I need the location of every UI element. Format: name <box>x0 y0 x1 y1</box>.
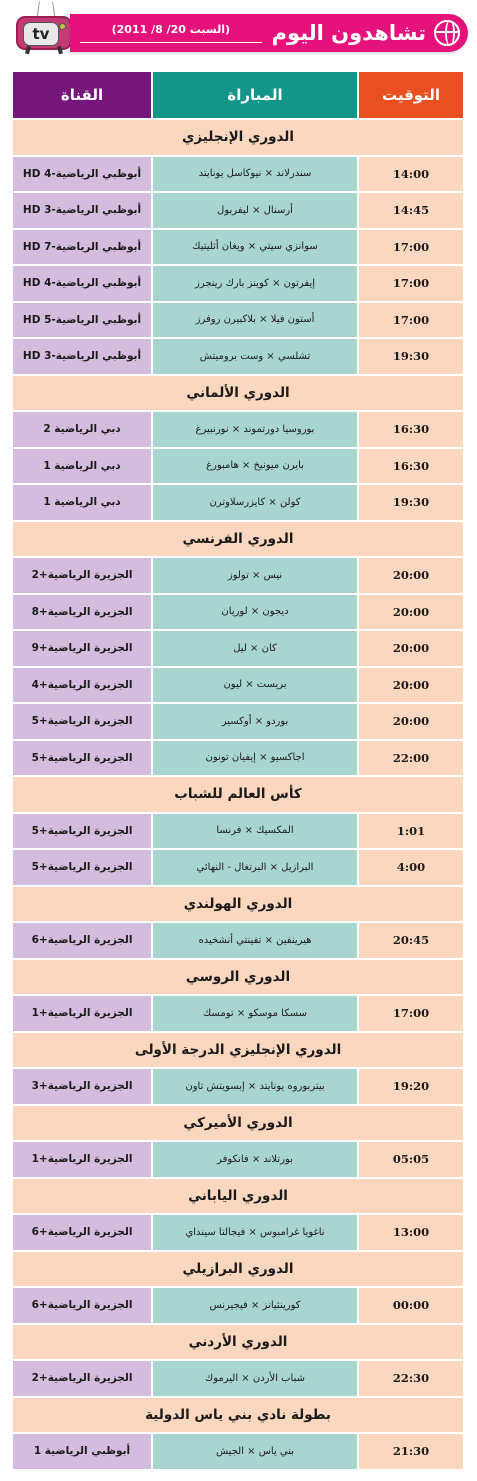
time-cell: 4:00 <box>359 850 463 885</box>
page-title: تشاهدون اليوم <box>272 21 426 45</box>
time-cell: 17:00 <box>359 230 463 265</box>
match-cell: سوانزي سيتي × ويغان أثليتيك <box>153 230 357 265</box>
match-cell: بوردو × أوكسير <box>153 704 357 739</box>
league-section-title: الدوري الأردني <box>13 1325 463 1360</box>
match-cell: سندرلاند × نيوكاسل يونايتد <box>153 157 357 192</box>
match-cell: إيفرتون × كوينز بارك رينجرز <box>153 266 357 301</box>
match-cell: بورتلاند × فانكوفر <box>153 1142 357 1177</box>
header-banner: تشاهدون اليوم (السبت 20/ 8/ 2011) <box>70 14 468 52</box>
table-row: 17:00أستون فيلا × بلاكبيرن روفرزأبوظبي ا… <box>13 303 463 338</box>
time-cell: 20:00 <box>359 668 463 703</box>
time-cell: 19:30 <box>359 485 463 520</box>
table-row: 21:30بني ياس × الجيشأبوظبي الرياضية 1 <box>13 1434 463 1469</box>
globe-icon <box>434 20 460 46</box>
channel-cell: الجزيرة الرياضية+4 <box>13 668 151 703</box>
column-header-time: التوقيت <box>359 72 463 118</box>
table-row: 05:05بورتلاند × فانكوفرالجزيرة الرياضية+… <box>13 1142 463 1177</box>
date-line: (السبت 20/ 8/ 2011) <box>80 23 262 43</box>
channel-cell: الجزيرة الرياضية+2 <box>13 1361 151 1396</box>
match-cell: اجاكسيو × إيفيان تونون <box>153 741 357 776</box>
time-cell: 21:30 <box>359 1434 463 1469</box>
table-row: 17:00إيفرتون × كوينز بارك رينجرزأبوظبي ا… <box>13 266 463 301</box>
time-cell: 1:01 <box>359 814 463 849</box>
league-section-title: الدوري البرازيلي <box>13 1252 463 1287</box>
table-row: 14:45أرسنال × ليفربولأبوظبي الرياضية-3 H… <box>13 193 463 228</box>
column-header-channel: القناة <box>13 72 151 118</box>
time-cell: 20:45 <box>359 923 463 958</box>
channel-cell: الجزيرة الرياضية+5 <box>13 741 151 776</box>
tv-icon: tv <box>16 12 74 54</box>
table-body: الدوري الإنجليزي14:00سندرلاند × نيوكاسل … <box>13 120 463 1469</box>
time-cell: 00:00 <box>359 1288 463 1323</box>
table-row: 22:00اجاكسيو × إيفيان تونونالجزيرة الريا… <box>13 741 463 776</box>
channel-cell: دبي الرياضية 2 <box>13 412 151 447</box>
match-cell: كولن × كايزرسلاوترن <box>153 485 357 520</box>
tv-screen: tv <box>23 22 59 46</box>
channel-cell: الجزيرة الرياضية+6 <box>13 1215 151 1250</box>
time-cell: 14:45 <box>359 193 463 228</box>
time-cell: 14:00 <box>359 157 463 192</box>
channel-cell: الجزيرة الرياضية+6 <box>13 1288 151 1323</box>
time-cell: 16:30 <box>359 449 463 484</box>
time-cell: 20:00 <box>359 558 463 593</box>
table-row: 20:00نيس × تولوزالجزيرة الرياضية+2 <box>13 558 463 593</box>
channel-cell: الجزيرة الرياضية+6 <box>13 923 151 958</box>
time-cell: 13:00 <box>359 1215 463 1250</box>
channel-cell: الجزيرة الرياضية+5 <box>13 850 151 885</box>
match-cell: بايرن ميونيخ × هامبورغ <box>153 449 357 484</box>
table-header: التوقيت المباراة القناة <box>13 72 463 118</box>
channel-cell: الجزيرة الرياضية+1 <box>13 1142 151 1177</box>
table-row: 20:00بوردو × أوكسيرالجزيرة الرياضية+5 <box>13 704 463 739</box>
channel-cell: الجزيرة الرياضية+1 <box>13 996 151 1031</box>
channel-cell: أبوظبي الرياضية 1 <box>13 1434 151 1469</box>
channel-cell: الجزيرة الرياضية+5 <box>13 814 151 849</box>
channel-cell: أبوظبي الرياضية-3 HD <box>13 339 151 374</box>
channel-cell: دبي الرياضية 1 <box>13 449 151 484</box>
channel-cell: الجزيرة الرياضية+5 <box>13 704 151 739</box>
league-section-title: الدوري الياباني <box>13 1179 463 1214</box>
match-cell: أستون فيلا × بلاكبيرن روفرز <box>153 303 357 338</box>
time-cell: 05:05 <box>359 1142 463 1177</box>
table-row: 13:00ناغويا غرامبوس × فيجالتا سيندايالجز… <box>13 1215 463 1250</box>
match-cell: بيتربوروه يونايتد × إبسويتش تاون <box>153 1069 357 1104</box>
match-cell: كورينثيانز × فيجيرنس <box>153 1288 357 1323</box>
league-section-title: كأس العالم للشباب <box>13 777 463 812</box>
time-cell: 20:00 <box>359 595 463 630</box>
league-section-title: الدوري الأميركي <box>13 1106 463 1141</box>
time-cell: 17:00 <box>359 266 463 301</box>
match-cell: نيس × تولوز <box>153 558 357 593</box>
channel-cell: الجزيرة الرياضية+2 <box>13 558 151 593</box>
channel-cell: أبوظبي الرياضية-7 HD <box>13 230 151 265</box>
channel-cell: أبوظبي الرياضية-4 HD <box>13 157 151 192</box>
match-cell: بوروسيا دورتموند × نورنبيرغ <box>153 412 357 447</box>
match-cell: بريست × ليون <box>153 668 357 703</box>
table-row: 00:00كورينثيانز × فيجيرنسالجزيرة الرياضي… <box>13 1288 463 1323</box>
tv-leg <box>25 46 31 55</box>
match-cell: ناغويا غرامبوس × فيجالتا سينداي <box>153 1215 357 1250</box>
league-section-title: الدوري الروسي <box>13 960 463 995</box>
match-cell: شباب الأردن × اليرموك <box>153 1361 357 1396</box>
channel-cell: أبوظبي الرياضية-5 HD <box>13 303 151 338</box>
league-section-title: الدوري الإنجليزي الدرجة الأولى <box>13 1033 463 1068</box>
table-row: 20:00بريست × ليونالجزيرة الرياضية+4 <box>13 668 463 703</box>
date-label: (السبت 20/ 8/ 2011) <box>112 23 230 36</box>
league-section-title: بطولة نادي بني ياس الدولية <box>13 1398 463 1433</box>
table-row: 4:00البرازيل × البرتغال - النهائيالجزيرة… <box>13 850 463 885</box>
time-cell: 16:30 <box>359 412 463 447</box>
match-cell: أرسنال × ليفربول <box>153 193 357 228</box>
column-header-match: المباراة <box>153 72 357 118</box>
match-cell: هيرينفين × تفينتي أنشخيده <box>153 923 357 958</box>
channel-cell: الجزيرة الرياضية+8 <box>13 595 151 630</box>
time-cell: 20:00 <box>359 631 463 666</box>
channel-cell: دبي الرياضية 1 <box>13 485 151 520</box>
channel-cell: أبوظبي الرياضية-3 HD <box>13 193 151 228</box>
knob-icon <box>59 23 66 30</box>
schedule-table: التوقيت المباراة القناة الدوري الإنجليزي… <box>13 72 463 1471</box>
match-cell: المكسيك × فرنسا <box>153 814 357 849</box>
table-row: 19:20بيتربوروه يونايتد × إبسويتش تاونالج… <box>13 1069 463 1104</box>
channel-cell: الجزيرة الرياضية+3 <box>13 1069 151 1104</box>
time-cell: 20:00 <box>359 704 463 739</box>
match-cell: تشلسي × وست بروميتش <box>153 339 357 374</box>
table-row: 22:30شباب الأردن × اليرموكالجزيرة الرياض… <box>13 1361 463 1396</box>
table-row: 17:00سسكا موسكو × تومسكالجزيرة الرياضية+… <box>13 996 463 1031</box>
league-section-title: الدوري الألماني <box>13 376 463 411</box>
table-row: 19:30كولن × كايزرسلاوترندبي الرياضية 1 <box>13 485 463 520</box>
table-row: 20:00كان × ليلالجزيرة الرياضية+9 <box>13 631 463 666</box>
match-cell: سسكا موسكو × تومسك <box>153 996 357 1031</box>
time-cell: 22:00 <box>359 741 463 776</box>
match-cell: كان × ليل <box>153 631 357 666</box>
table-row: 19:30تشلسي × وست بروميتشأبوظبي الرياضية-… <box>13 339 463 374</box>
time-cell: 19:30 <box>359 339 463 374</box>
time-cell: 17:00 <box>359 996 463 1031</box>
time-cell: 17:00 <box>359 303 463 338</box>
table-row: 20:00ديجون × لوريانالجزيرة الرياضية+8 <box>13 595 463 630</box>
table-row: 14:00سندرلاند × نيوكاسل يونايتدأبوظبي ال… <box>13 157 463 192</box>
match-cell: بني ياس × الجيش <box>153 1434 357 1469</box>
table-row: 1:01المكسيك × فرنساالجزيرة الرياضية+5 <box>13 814 463 849</box>
tv-body: tv <box>16 16 72 50</box>
time-cell: 22:30 <box>359 1361 463 1396</box>
table-row: 16:30بايرن ميونيخ × هامبورغدبي الرياضية … <box>13 449 463 484</box>
channel-cell: الجزيرة الرياضية+9 <box>13 631 151 666</box>
antenna-icon <box>37 1 56 16</box>
match-cell: البرازيل × البرتغال - النهائي <box>153 850 357 885</box>
table-row: 16:30بوروسيا دورتموند × نورنبيرغدبي الري… <box>13 412 463 447</box>
league-section-title: الدوري الإنجليزي <box>13 120 463 155</box>
time-cell: 19:20 <box>359 1069 463 1104</box>
league-section-title: الدوري الفرنسي <box>13 522 463 557</box>
channel-cell: أبوظبي الرياضية-4 HD <box>13 266 151 301</box>
table-row: 20:45هيرينفين × تفينتي أنشخيدهالجزيرة ال… <box>13 923 463 958</box>
table-row: 17:00سوانزي سيتي × ويغان أثليتيكأبوظبي ا… <box>13 230 463 265</box>
match-cell: ديجون × لوريان <box>153 595 357 630</box>
league-section-title: الدوري الهولندي <box>13 887 463 922</box>
